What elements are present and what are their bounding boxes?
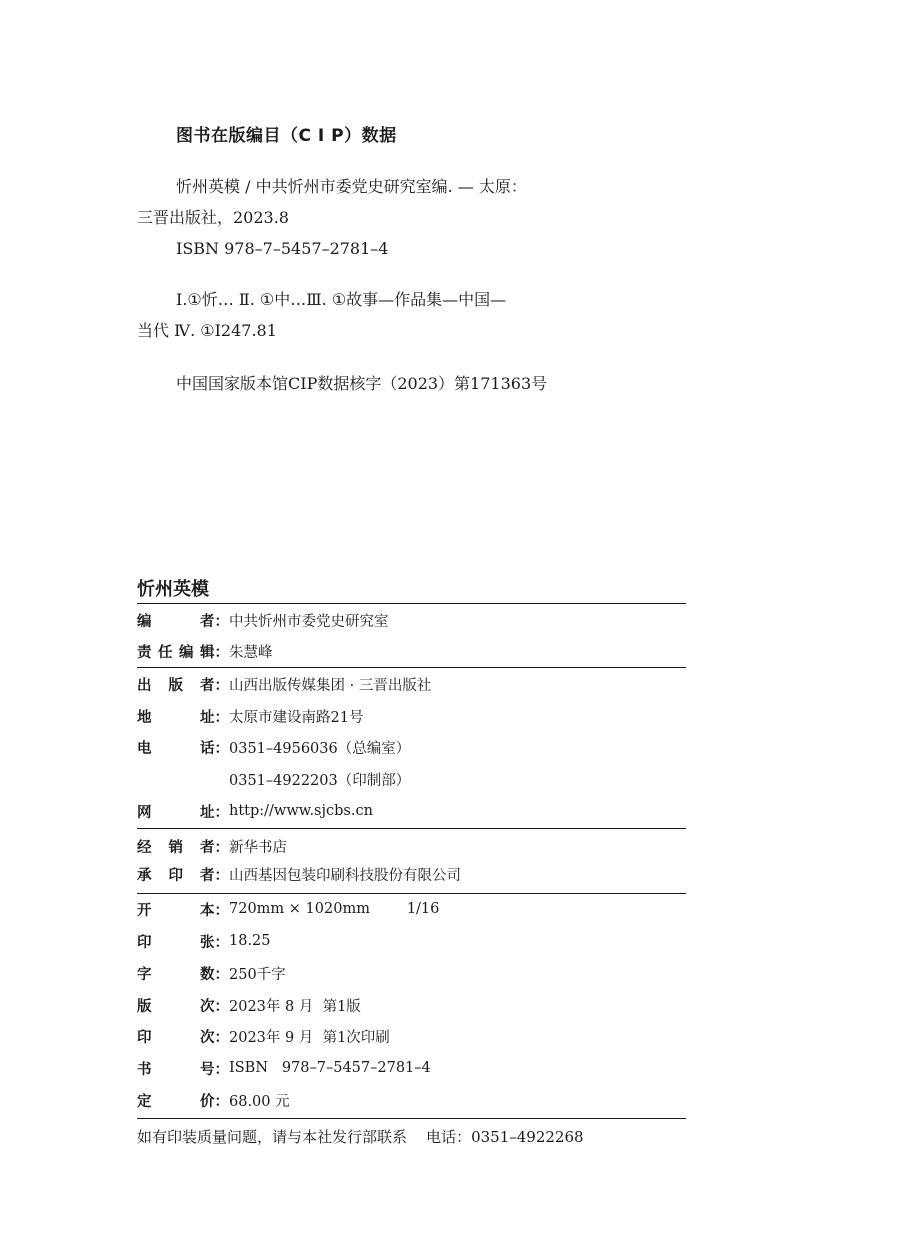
row-value: ISBN 978–7–5457–2781–4 — [229, 1060, 431, 1076]
row-phone-2: 0351–4922203（印制部） — [137, 769, 410, 789]
row-value: 太原市建设南路21号 — [229, 706, 363, 727]
row-format: 开本： 720mm × 1020mm 1/16 — [137, 899, 439, 919]
row-value: 720mm × 1020mm 1/16 — [229, 901, 439, 917]
row-label: 版次： — [137, 995, 229, 1016]
row-value: 2023年 9 月 第1次印刷 — [229, 1026, 390, 1047]
row-label: 定价： — [137, 1090, 229, 1111]
row-label: 网址： — [137, 801, 229, 822]
row-value: 0351–4956036（总编室） — [229, 737, 410, 758]
row-label: 地址： — [137, 706, 229, 727]
row-word-count: 字数： 250千字 — [137, 963, 286, 983]
row-printer: 承印者： 山西基因包装印刷科技股份有限公司 — [137, 864, 461, 884]
row-value: 68.00 元 — [229, 1090, 290, 1111]
divider — [137, 828, 686, 829]
row-responsible-editor: 责任编辑： 朱慧峰 — [137, 641, 273, 661]
divider — [137, 1118, 686, 1119]
quality-notice: 如有印装质量问题，请与本社发行部联系 电话：0351–4922268 — [137, 1126, 584, 1147]
row-label: 开本： — [137, 899, 229, 920]
row-label: 电话： — [137, 737, 229, 758]
row-phone: 电话： 0351–4956036（总编室） — [137, 737, 410, 757]
cip-line-record-number: 中国国家版本馆CIP数据核字（2023）第171363号 — [176, 376, 547, 392]
cip-line-subjects: Ⅰ.①忻… Ⅱ. ①中…Ⅲ. ①故事—作品集—中国— — [176, 292, 506, 308]
row-value: 250千字 — [229, 963, 286, 984]
row-value: 0351–4922203（印制部） — [229, 769, 410, 790]
divider — [137, 667, 686, 668]
row-label: 责任编辑： — [137, 641, 229, 662]
row-value: http://www.sjcbs.cn — [229, 803, 373, 819]
book-title: 忻州英模 — [137, 575, 209, 601]
row-value: 18.25 — [229, 933, 271, 949]
cip-line-publisher: 三晋出版社，2023.8 — [137, 210, 289, 226]
row-edition: 版次： 2023年 8 月 第1版 — [137, 995, 361, 1015]
row-price: 定价： 68.00 元 — [137, 1090, 290, 1110]
row-label: 承印者： — [137, 864, 229, 885]
row-value: 中共忻州市委党史研究室 — [229, 610, 389, 631]
row-value: 朱慧峰 — [229, 641, 273, 662]
row-isbn: 书号： ISBN 978–7–5457–2781–4 — [137, 1058, 431, 1078]
row-label: 书号： — [137, 1058, 229, 1079]
row-label: 出版者： — [137, 674, 229, 695]
row-label: 印次： — [137, 1026, 229, 1047]
divider — [137, 603, 686, 604]
cip-line-title-author: 忻州英模 / 中共忻州市委党史研究室编. — 太原： — [176, 179, 527, 195]
row-value: 2023年 8 月 第1版 — [229, 995, 361, 1016]
row-website: 网址： http://www.sjcbs.cn — [137, 801, 373, 821]
row-value: 山西基因包装印刷科技股份有限公司 — [229, 864, 461, 885]
row-publisher: 出版者： 山西出版传媒集团 · 三晋出版社 — [137, 674, 431, 694]
cip-line-classification: 当代 Ⅳ. ①I247.81 — [137, 323, 277, 339]
row-sheets: 印张： 18.25 — [137, 931, 271, 951]
row-printing: 印次： 2023年 9 月 第1次印刷 — [137, 1026, 390, 1046]
row-label: 字数： — [137, 963, 229, 984]
cip-line-isbn: ISBN 978–7–5457–2781–4 — [176, 241, 388, 257]
row-distributor: 经销者： 新华书店 — [137, 836, 287, 856]
cip-title: 图书在版编目（C I P）数据 — [176, 121, 397, 146]
row-label: 编者： — [137, 610, 229, 631]
row-address: 地址： 太原市建设南路21号 — [137, 706, 363, 726]
row-value: 新华书店 — [229, 836, 287, 857]
row-label: 印张： — [137, 931, 229, 952]
row-value: 山西出版传媒集团 · 三晋出版社 — [229, 674, 431, 695]
divider — [137, 893, 686, 894]
row-label: 经销者： — [137, 836, 229, 857]
row-editor: 编者： 中共忻州市委党史研究室 — [137, 610, 389, 630]
